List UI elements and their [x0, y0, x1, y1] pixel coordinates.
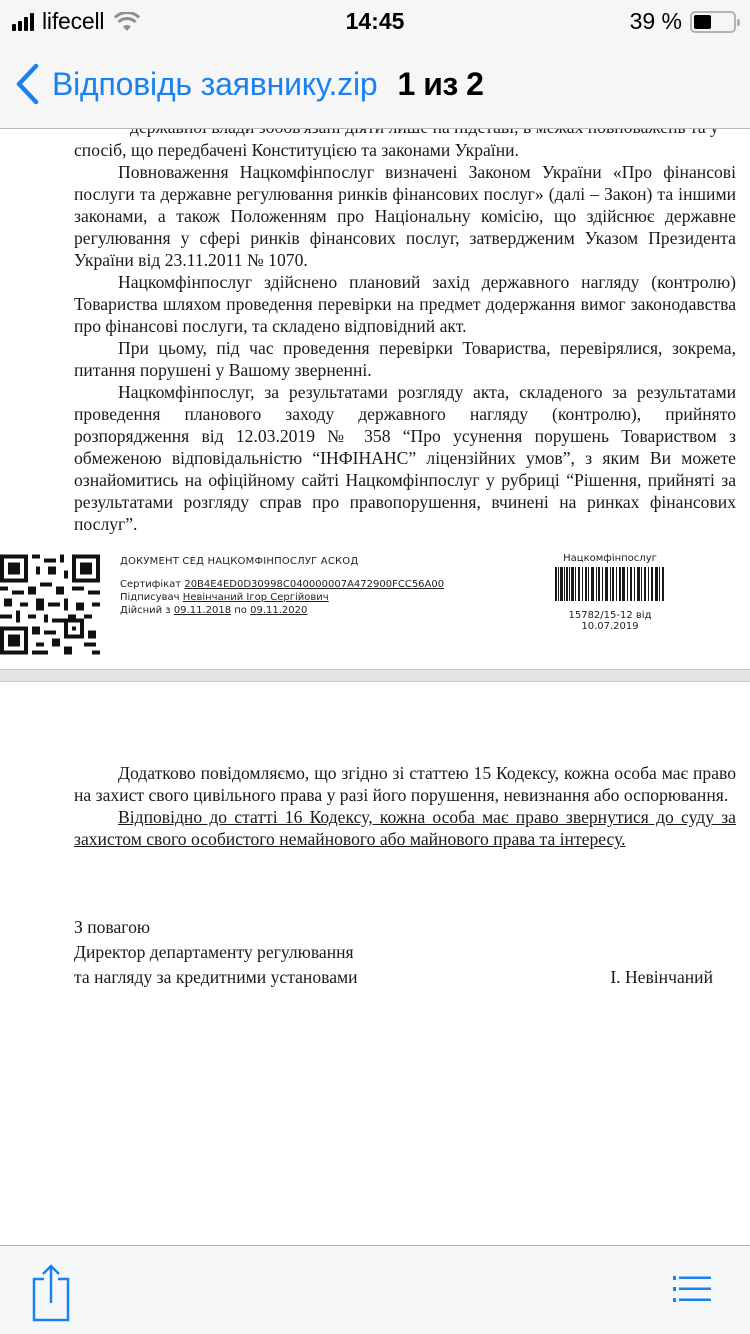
position-line-1: Директор департаменту регулювання	[74, 940, 736, 965]
page-counter: 1 из 2	[398, 66, 484, 103]
share-icon[interactable]	[28, 1260, 74, 1322]
signatory-name: І. Невінчаний	[610, 965, 713, 990]
status-right: 39 %	[630, 8, 736, 35]
page-break	[0, 669, 750, 682]
cut-off-line: державної влади зобов'язані діяти лише н…	[130, 129, 719, 138]
signer-value: Невінчаний Ігор Сергійович	[183, 592, 329, 603]
signature-details: ДОКУМЕНТ СЕД НАЦКОМФІНПОСЛУГ АСКОД Серти…	[120, 555, 444, 617]
nav-title: Відповідь заявнику.zip	[52, 66, 378, 103]
paragraph: Відповідно до статті 16 Кодексу, кожна о…	[74, 806, 736, 850]
paragraph: Додатково повідомляємо, що згідно зі ста…	[74, 762, 736, 806]
battery-icon	[690, 11, 736, 33]
chevron-left-icon	[14, 63, 40, 105]
navigation-bar: Відповідь заявнику.zip 1 из 2	[0, 58, 750, 110]
bottom-toolbar	[0, 1245, 750, 1334]
valid-to-date: 09.11.2020	[250, 605, 307, 616]
barcode-title: Нацкомфінпослуг	[540, 553, 680, 564]
e-signature-stamp: ДОКУМЕНТ СЕД НАЦКОМФІНПОСЛУГ АСКОД Серти…	[0, 553, 750, 663]
valid-to-label: по	[234, 605, 247, 616]
top-bar: lifecell 14:45 39 % Відповідь заявнику.z…	[0, 0, 750, 129]
paragraph: При цьому, під час проведення перевірки …	[74, 337, 736, 381]
stamp-header: ДОКУМЕНТ СЕД НАЦКОМФІНПОСЛУГ АСКОД	[120, 555, 444, 568]
paragraph: Повноваження Нацкомфінпослуг визначені З…	[74, 161, 736, 271]
validity-row: Дійсний з 09.11.2018 по 09.11.2020	[120, 604, 444, 617]
valid-from-label: Дійсний з	[120, 605, 171, 616]
position-line-2: та нагляду за кредитними установами	[74, 965, 358, 990]
page1-body: спосіб, що передбачені Конституцією та з…	[74, 139, 736, 535]
back-button[interactable]: Відповідь заявнику.zip	[0, 63, 378, 105]
position-row: та нагляду за кредитними установами І. Н…	[74, 965, 736, 990]
paragraph: Нацкомфінпослуг, за результатами розгляд…	[74, 381, 736, 535]
paragraph: Нацкомфінпослуг здійснено плановий захід…	[74, 271, 736, 337]
battery-percent: 39 %	[630, 8, 682, 35]
qr-code-icon	[0, 553, 100, 656]
certificate-value: 20B4E4ED0D30998C040000007A472900FCC56A00	[184, 579, 444, 590]
document-viewer[interactable]: державної влади зобов'язані діяти лише н…	[0, 129, 750, 1245]
registration-barcode: Нацкомфінпослуг 15782/15-12 від 10.07.20…	[540, 553, 680, 632]
certificate-row: Сертифікат 20B4E4ED0D30998C040000007A472…	[120, 578, 444, 591]
page2-body: Додатково повідомляємо, що згідно зі ста…	[74, 762, 736, 850]
list-icon[interactable]	[670, 1276, 720, 1316]
signer-label: Підписувач	[120, 592, 180, 603]
certificate-label: Сертифікат	[120, 579, 181, 590]
barcode-number: 15782/15-12 від 10.07.2019	[540, 610, 680, 632]
status-bar: lifecell 14:45 39 %	[0, 0, 750, 44]
closing: З повагою	[74, 915, 736, 940]
signer-row: Підписувач Невінчаний Ігор Сергійович	[120, 591, 444, 604]
signature-block: З повагою Директор департаменту регулюва…	[74, 915, 736, 990]
paragraph: спосіб, що передбачені Конституцією та з…	[74, 139, 736, 161]
barcode-icon	[555, 567, 665, 601]
valid-from-date: 09.11.2018	[174, 605, 231, 616]
